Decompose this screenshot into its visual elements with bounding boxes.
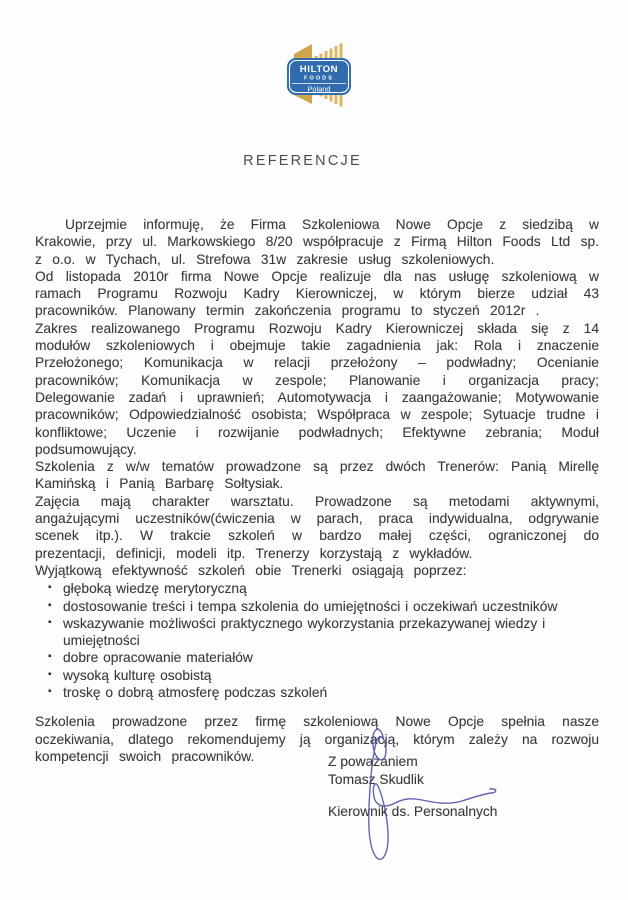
bullet-text: wskazywanie możliwości praktycznego wyko… [63, 616, 545, 648]
bullet-item: ▪ troskę o dobrą atmosferę podczas szkol… [35, 684, 599, 701]
hilton-foods-logo-icon: HILTON FOODS Poland [283, 40, 355, 110]
document-title: REFERENCJE [0, 153, 605, 169]
logo-text-hilton: HILTON [300, 64, 338, 75]
bullet-square-icon: ▪ [48, 579, 52, 596]
logo-text-poland: Poland [307, 85, 330, 94]
bullet-list: ▪ głęboką wiedzę merytoryczną ▪ dostosow… [35, 580, 599, 701]
signature-block: Z poważaniem Tomasz Skudlik Kierownik ds… [328, 753, 497, 821]
paragraph-program: Od listopada 2010r firma Nowe Opcje real… [35, 268, 599, 320]
bullet-item: ▪ głęboką wiedzę merytoryczną [35, 580, 599, 597]
signature-role: Kierownik ds. Personalnych [328, 803, 497, 821]
signature-name: Tomasz Skudlik [328, 771, 497, 789]
bullet-text: dostosowanie treści i tempa szkolenia do… [63, 599, 557, 614]
bullet-text: troskę o dobrą atmosferę podczas szkoleń [63, 685, 327, 700]
bullet-item: ▪ wskazywanie możliwości praktycznego wy… [35, 615, 599, 650]
bullet-text: wysoką kulturę osobistą [63, 668, 211, 683]
paragraph-scope: Zakres realizowanego Programu Rozwoju Ka… [35, 320, 599, 458]
signature-salutation: Z poważaniem [328, 753, 497, 771]
paragraph-bullets-lead: Wyjątkową efektywność szkoleń obie Trene… [35, 562, 599, 579]
bullet-text: głęboką wiedzę merytoryczną [63, 581, 247, 596]
bullet-text: dobre opracowanie materiałów [63, 650, 253, 665]
bullet-item: ▪ dobre opracowanie materiałów [35, 649, 599, 666]
bullet-item: ▪ dostosowanie treści i tempa szkolenia … [35, 598, 599, 615]
logo-text-foods: FOODS [304, 76, 334, 82]
bullet-square-icon: ▪ [48, 597, 52, 614]
bullet-square-icon: ▪ [48, 614, 52, 631]
bullet-square-icon: ▪ [48, 666, 52, 683]
paragraph-trainers: Szkolenia z w/w tematów prowadzone są pr… [35, 458, 599, 493]
paragraph-intro: Uprzejmie informuję, że Firma Szkoleniow… [35, 216, 599, 268]
document-page: HILTON FOODS Poland REFERENCJE Uprzejmie… [0, 0, 628, 900]
bullet-square-icon: ▪ [48, 648, 52, 665]
logo-blue-badge: HILTON FOODS Poland [287, 58, 351, 95]
bullet-square-icon: ▪ [48, 683, 52, 700]
closing-paragraph: Szkolenia prowadzone przez firmę szkolen… [35, 713, 599, 765]
paragraph-methods: Zajęcia mają charakter warsztatu. Prowad… [35, 493, 599, 562]
letter-body: Uprzejmie informuję, że Firma Szkoleniow… [35, 216, 599, 765]
company-logo: HILTON FOODS Poland [283, 40, 355, 110]
bullet-item: ▪ wysoką kulturę osobistą [35, 667, 599, 684]
